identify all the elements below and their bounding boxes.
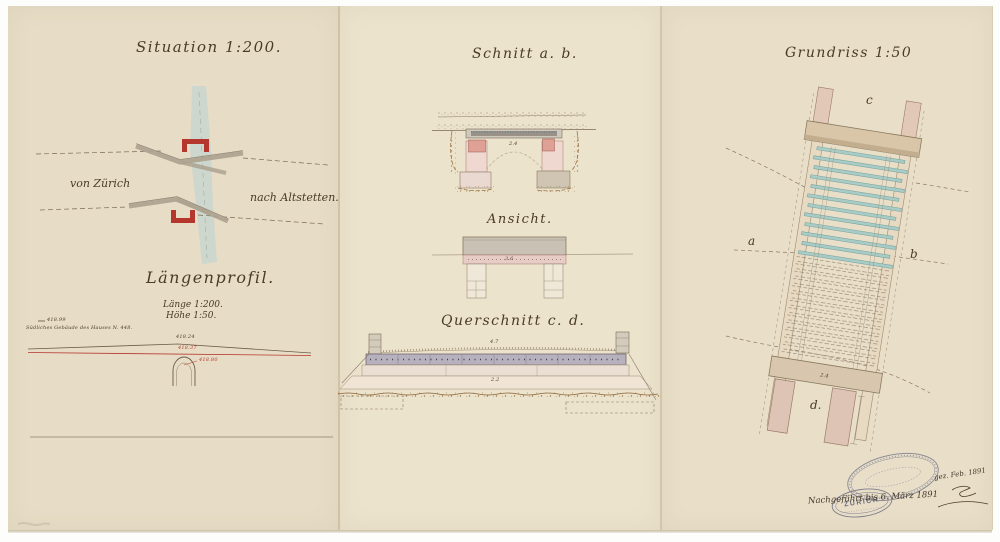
section-marker-c: c [866, 94, 873, 106]
elevation-arch: 418.80 [199, 358, 218, 363]
road-upper [136, 146, 243, 162]
grundriss-title: Grundriss 1:50 [785, 46, 912, 60]
signature-flourish [952, 486, 976, 496]
scanned-plan-sheet: Situation 1:200. von Zürich nach Altstet… [0, 0, 1000, 542]
footing-right [824, 388, 856, 446]
schnitt-span-dim: 2.4 [509, 142, 518, 147]
situation-title: Situation 1:200. [136, 40, 282, 55]
benchmark-elevation: 418.99 [47, 318, 66, 323]
headwall-south [171, 210, 195, 223]
railing-post-left [369, 334, 381, 354]
label-nach-altstetten: nach Altstetten. [250, 192, 339, 203]
profile-title: Längenprofil. [146, 270, 275, 286]
deck-cross-section [366, 354, 626, 365]
stream-band [190, 86, 217, 264]
querschnitt-mid-dim: 2.2 [491, 378, 500, 383]
margin-smudge [18, 523, 50, 525]
querschnitt-top-dim: 4.7 [490, 340, 499, 345]
deck-beam-elevation [463, 237, 566, 255]
hidden-beams-dashed [781, 256, 890, 370]
section-marker-d: d. [810, 399, 822, 411]
grundriss-drawing [726, 86, 970, 452]
schnitt-drawing [432, 112, 596, 192]
profile-scale-height: Höhe 1:50. [166, 312, 216, 321]
label-von-zuerich: von Zürich [70, 178, 130, 189]
schnitt-title: Schnitt a. b. [472, 47, 578, 61]
elevation-red-line: 418.37 [178, 346, 197, 351]
ansicht-beam-dim: 3.6 [505, 257, 514, 262]
situation-plan [36, 86, 328, 264]
benchmark-note: Südliches Gebäude des Hauses N. 448. [26, 326, 132, 331]
ansicht-title: Ansicht. [487, 213, 553, 226]
section-line-ab [734, 250, 800, 253]
profile-scale-length: Länge 1:200. [163, 301, 223, 310]
querschnitt-title: Querschnitt c. d. [441, 314, 585, 328]
elevation-road: 418.24 [176, 335, 195, 340]
ansicht-drawing [432, 237, 633, 298]
querschnitt-drawing [338, 332, 660, 413]
section-marker-b: b [910, 248, 918, 260]
railing-post-right [616, 332, 629, 353]
stamps [18, 446, 988, 525]
section-marker-a: a [748, 235, 755, 247]
footing-left [767, 379, 795, 433]
